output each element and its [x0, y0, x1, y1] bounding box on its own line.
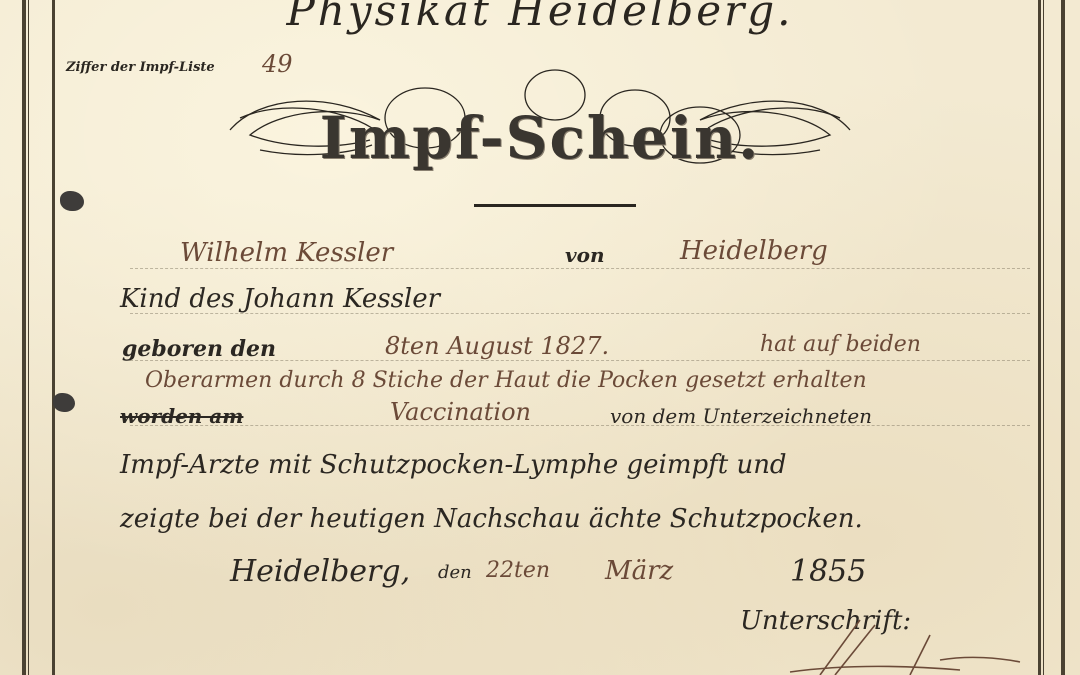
date-day: 22ten	[486, 558, 550, 583]
origin-place: Heidelberg	[680, 236, 828, 266]
birth-date: 8ten August 1827.	[385, 332, 609, 360]
line-6-text: Impf-Arzte mit Schutzpocken-Lymphe geimp…	[120, 450, 787, 480]
signature-scrawl	[780, 610, 1040, 675]
ruled-line-1	[130, 268, 1030, 270]
date-den: den	[438, 562, 472, 583]
title-underline	[474, 204, 636, 207]
line-3-continuation: hat auf beiden	[760, 332, 921, 357]
worden-label: worden am	[120, 404, 243, 428]
child-name: Wilhelm Kessler	[180, 238, 393, 268]
born-label: geboren den	[122, 336, 276, 362]
parent-line: Kind des Johann Kessler	[120, 284, 440, 314]
line-4-text: Oberarmen durch 8 Stiche der Haut die Po…	[145, 368, 867, 393]
line-5-continuation: von dem Unterzeichneten	[610, 404, 872, 428]
document-title: Impf-Schein.	[0, 104, 1080, 172]
date-year: 1855	[790, 554, 866, 589]
vaccination-type: Vaccination	[390, 398, 531, 426]
place: Heidelberg,	[230, 554, 410, 589]
ruled-line-4	[130, 425, 1030, 427]
from-label: von	[565, 243, 605, 267]
punch-hole-bottom	[53, 393, 75, 412]
date-month: März	[605, 556, 673, 586]
line-7-text: zeigte bei der heutigen Nachschau ächte …	[120, 504, 863, 534]
